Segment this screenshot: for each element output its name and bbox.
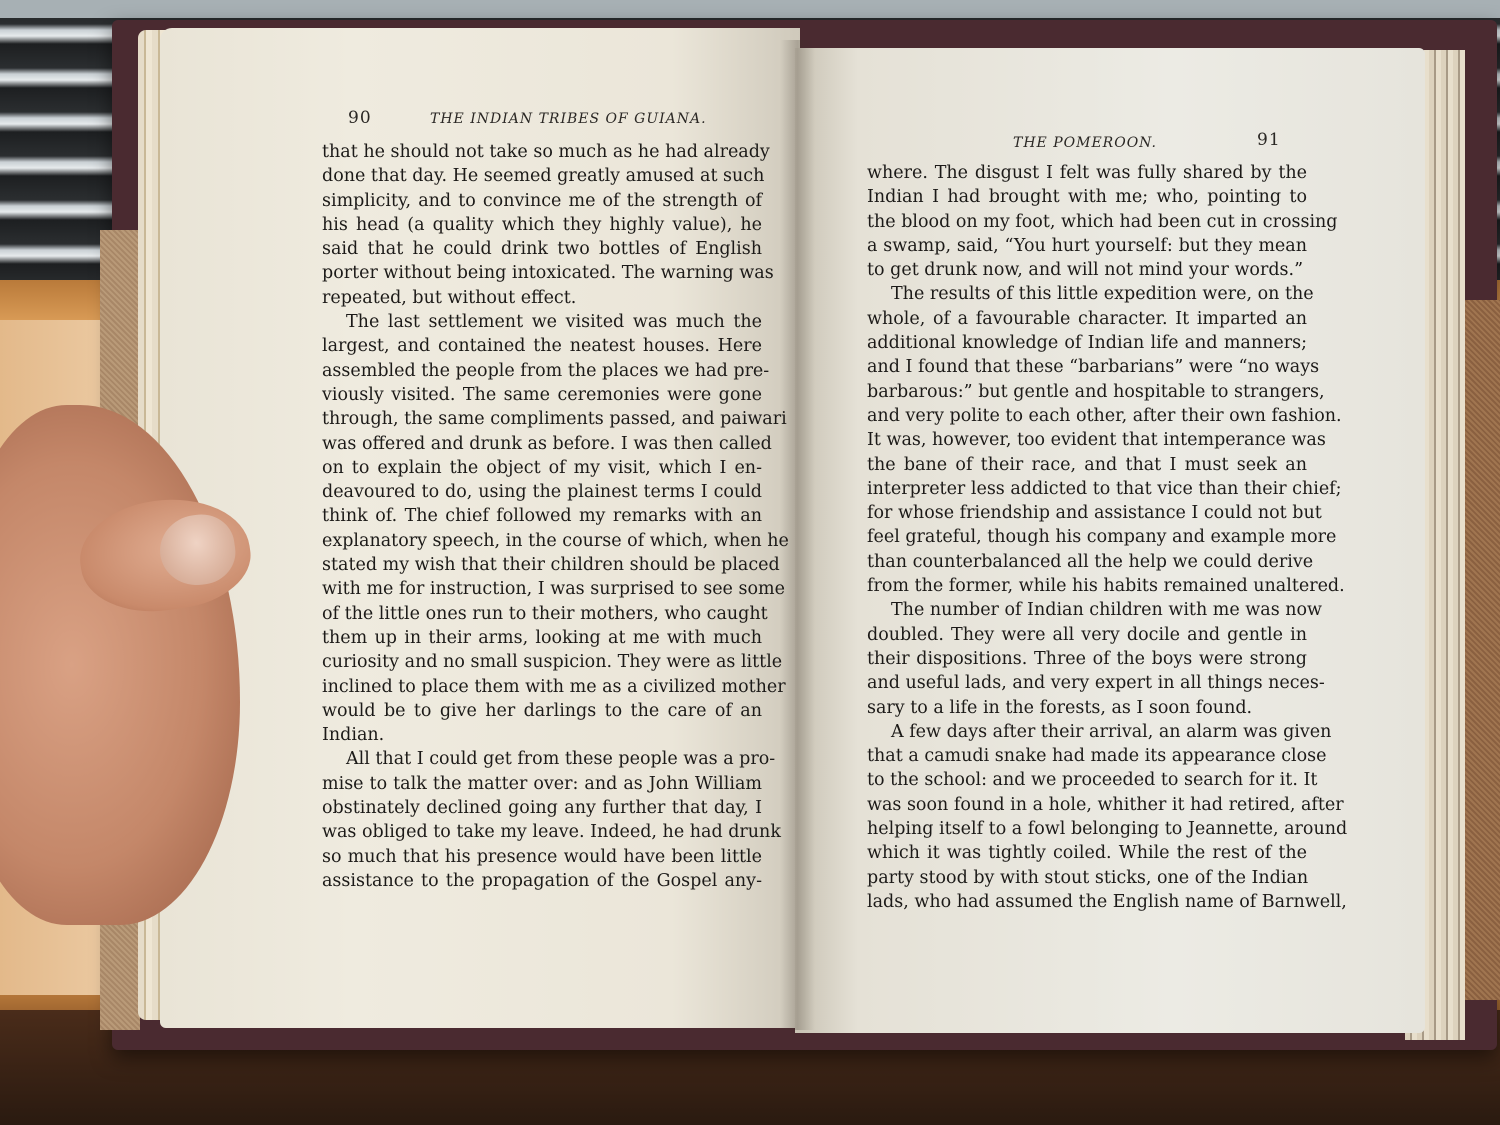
text-line: deavoured to do, using the plainest term… (322, 480, 762, 504)
text-line: and very polite to each other, after the… (867, 404, 1307, 428)
text-line: and I found that these “barbarians” were… (867, 355, 1307, 379)
text-line: The number of Indian children with me wa… (867, 598, 1307, 622)
text-line: done that day. He seemed greatly amused … (322, 164, 762, 188)
text-line: that he should not take so much as he ha… (322, 140, 762, 164)
text-line: viously visited. The same ceremonies wer… (322, 383, 762, 407)
text-line: barbarous:” but gentle and hospitable to… (867, 380, 1307, 404)
book-gutter (780, 40, 815, 1030)
text-line: Indian. (322, 723, 762, 747)
text-line: their dispositions. Three of the boys we… (867, 647, 1307, 671)
text-line: whole, of a favourable character. It imp… (867, 307, 1307, 331)
text-line: of the little ones run to their mothers,… (322, 602, 762, 626)
text-line: his head (a quality which they highly va… (322, 213, 762, 237)
text-line: obstinately declined going any further t… (322, 796, 762, 820)
text-line: The results of this little expedition we… (867, 282, 1307, 306)
text-line: the bane of their race, and that I must … (867, 453, 1307, 477)
book-cover-cloth-right (1460, 300, 1500, 1000)
text-line: the blood on my foot, which had been cut… (867, 210, 1307, 234)
text-line: from the former, while his habits remain… (867, 574, 1307, 598)
text-line: was soon found in a hole, whither it had… (867, 793, 1307, 817)
text-line: porter without being intoxicated. The wa… (322, 261, 762, 285)
text-line: doubled. They were all very docile and g… (867, 623, 1307, 647)
text-line: All that I could get from these people w… (322, 747, 762, 771)
text-line: Indian I had brought with me; who, point… (867, 185, 1307, 209)
text-line: The last settlement we visited was much … (322, 310, 762, 334)
text-line: was offered and drunk as before. I was t… (322, 432, 762, 456)
text-line: interpreter less addicted to that vice t… (867, 477, 1307, 501)
text-line: assistance to the propagation of the Gos… (322, 869, 762, 893)
text-line: than counterbalanced all the help we cou… (867, 550, 1307, 574)
text-line: feel grateful, though his company and ex… (867, 525, 1307, 549)
text-line: repeated, but without effect. (322, 286, 762, 310)
running-head-left: THE INDIAN TRIBES OF GUIANA. (430, 111, 707, 127)
text-line: lads, who had assumed the English name o… (867, 890, 1307, 914)
right-page: THE POMEROON. 91 where. The disgust I fe… (795, 48, 1425, 1033)
text-line: mise to talk the matter over: and as Joh… (322, 772, 762, 796)
text-line: where. The disgust I felt was fully shar… (867, 161, 1307, 185)
text-line: said that he could drink two bottles of … (322, 237, 762, 261)
left-page-body: that he should not take so much as he ha… (322, 140, 762, 893)
text-line: think of. The chief followed my remarks … (322, 504, 762, 528)
text-line: them up in their arms, looking at me wit… (322, 626, 762, 650)
right-page-body: where. The disgust I felt was fully shar… (867, 161, 1307, 914)
text-line: explanatory speech, in the course of whi… (322, 529, 762, 553)
text-line: simplicity, and to convince me of the st… (322, 189, 762, 213)
text-line: was obliged to take my leave. Indeed, he… (322, 820, 762, 844)
text-line: curiosity and no small suspicion. They w… (322, 650, 762, 674)
text-line: to the school: and we proceeded to searc… (867, 768, 1307, 792)
window-frame (0, 0, 1500, 18)
text-line: so much that his presence would have bee… (322, 845, 762, 869)
text-line: which it was tightly coiled. While the r… (867, 841, 1307, 865)
left-page: 90 THE INDIAN TRIBES OF GUIANA. that he … (160, 28, 800, 1028)
text-line: for whose friendship and assistance I co… (867, 501, 1307, 525)
page-number-right: 91 (1257, 130, 1281, 150)
text-line: on to explain the object of my visit, wh… (322, 456, 762, 480)
text-line: inclined to place them with me as a civi… (322, 675, 762, 699)
text-line: stated my wish that their children shoul… (322, 553, 762, 577)
text-line: that a camudi snake had made its appeara… (867, 744, 1307, 768)
text-line: A few days after their arrival, an alarm… (867, 720, 1307, 744)
text-line: party stood by with stout sticks, one of… (867, 866, 1307, 890)
running-head-right: THE POMEROON. (1013, 135, 1157, 151)
text-line: and useful lads, and very expert in all … (867, 671, 1307, 695)
text-line: with me for instruction, I was surprised… (322, 577, 762, 601)
text-line: helping itself to a fowl belonging to Je… (867, 817, 1307, 841)
text-line: assembled the people from the places we … (322, 359, 762, 383)
text-line: sary to a life in the forests, as I soon… (867, 696, 1307, 720)
text-line: would be to give her darlings to the car… (322, 699, 762, 723)
text-line: It was, however, too evident that intemp… (867, 428, 1307, 452)
text-line: through, the same compliments passed, an… (322, 407, 762, 431)
text-line: largest, and contained the neatest house… (322, 334, 762, 358)
page-number-left: 90 (348, 108, 372, 128)
text-line: additional knowledge of Indian life and … (867, 331, 1307, 355)
text-line: to get drunk now, and will not mind your… (867, 258, 1307, 282)
text-line: a swamp, said, “You hurt yourself: but t… (867, 234, 1307, 258)
